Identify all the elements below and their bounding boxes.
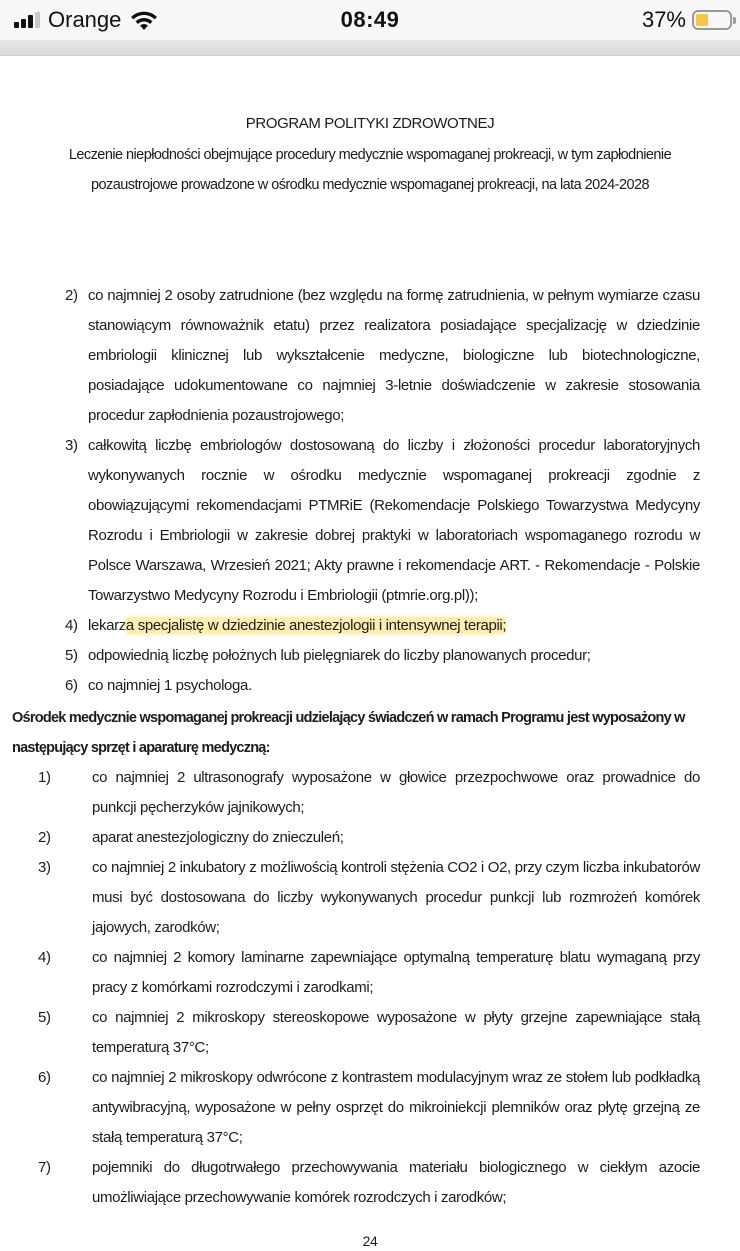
list-item-text: pojemniki do długotrwałego przechowywani… <box>92 1153 700 1213</box>
document-subtitle-line-2: pozaustrojowe prowadzone w ośrodku medyc… <box>0 177 740 193</box>
list-item-text: aparat anestezjologiczny do znieczuleń; <box>92 823 700 853</box>
list-item-number: 5) <box>65 641 78 671</box>
battery-icon <box>692 10 732 30</box>
list-item-text: co najmniej 2 mikroskopy odwrócone z kon… <box>92 1063 700 1153</box>
list-item: 5) co najmniej 2 mikroskopy stereoskopow… <box>38 1003 700 1063</box>
list-item: 1) co najmniej 2 ultrasonografy wyposażo… <box>38 763 700 823</box>
text-highlight[interactable]: a specjalistę w dziedzinie anestezjologi… <box>126 617 506 634</box>
list-item-text: lekarza specjalistę w dziedzinie anestez… <box>88 611 700 641</box>
list-item: 3) co najmniej 2 inkubatory z możliwości… <box>38 853 700 943</box>
list-item-text: co najmniej 2 mikroskopy stereoskopowe w… <box>92 1003 700 1063</box>
list-item-number: 7) <box>38 1153 51 1183</box>
staff-requirements-list: 2) co najmniej 2 osoby zatrudnione (bez … <box>66 281 700 701</box>
list-item-number: 3) <box>65 431 78 461</box>
list-item: 4) lekarza specjalistę w dziedzinie anes… <box>66 611 700 641</box>
list-item-text: co najmniej 1 psychologa. <box>88 671 700 701</box>
list-item-text: co najmniej 2 osoby zatrudnione (bez wzg… <box>88 281 700 431</box>
list-item-number: 2) <box>38 823 51 853</box>
list-item-text: całkowitą liczbę embriologów dostosowaną… <box>88 431 700 611</box>
list-item: 5) odpowiednią liczbę położnych lub piel… <box>66 641 700 671</box>
list-item-text: odpowiednią liczbę położnych lub pielęgn… <box>88 641 700 671</box>
list-item-number: 4) <box>38 943 51 973</box>
list-item: 7) pojemniki do długotrwałego przechowyw… <box>38 1153 700 1213</box>
list-item: 3) całkowitą liczbę embriologów dostosow… <box>66 431 700 611</box>
list-item: 6) co najmniej 1 psychologa. <box>66 671 700 701</box>
list-item-text: co najmniej 2 komory laminarne zapewniaj… <box>92 943 700 1003</box>
status-bar: Orange 08:49 37% <box>0 0 740 40</box>
list-item-number: 1) <box>38 763 51 793</box>
list-item: 6) co najmniej 2 mikroskopy odwrócone z … <box>38 1063 700 1153</box>
list-item: 2) aparat anestezjologiczny do znieczule… <box>38 823 700 853</box>
list-item-text: co najmniej 2 ultrasonografy wyposażone … <box>92 763 700 823</box>
document-page[interactable]: PROGRAM POLITYKI ZDROWOTNEJ Leczenie nie… <box>0 57 740 1251</box>
document-title: PROGRAM POLITYKI ZDROWOTNEJ <box>0 115 740 132</box>
document-subtitle-line-1: Leczenie niepłodności obejmujące procedu… <box>0 147 740 163</box>
list-item-number: 4) <box>65 611 78 641</box>
list-item-number: 5) <box>38 1003 51 1033</box>
list-item-number: 2) <box>65 281 78 311</box>
list-item: 2) co najmniej 2 osoby zatrudnione (bez … <box>66 281 700 431</box>
list-item: 4) co najmniej 2 komory laminarne zapewn… <box>38 943 700 1003</box>
list-item-number: 6) <box>38 1063 51 1093</box>
viewer-toolbar-edge <box>0 40 740 56</box>
list-item-number: 3) <box>38 853 51 883</box>
battery-percent: 37% <box>642 7 686 33</box>
equipment-section-heading: Ośrodek medycznie wspomaganej prokreacji… <box>12 703 732 763</box>
page-number: 24 <box>0 1233 740 1249</box>
status-right: 37% <box>642 7 732 33</box>
clock: 08:49 <box>0 7 740 33</box>
list-item-number: 6) <box>65 671 78 701</box>
list-item-text: co najmniej 2 inkubatory z możliwością k… <box>92 853 700 943</box>
list-item-text-plain: lekarz <box>88 617 126 634</box>
equipment-list: 1) co najmniej 2 ultrasonografy wyposażo… <box>38 763 700 1213</box>
